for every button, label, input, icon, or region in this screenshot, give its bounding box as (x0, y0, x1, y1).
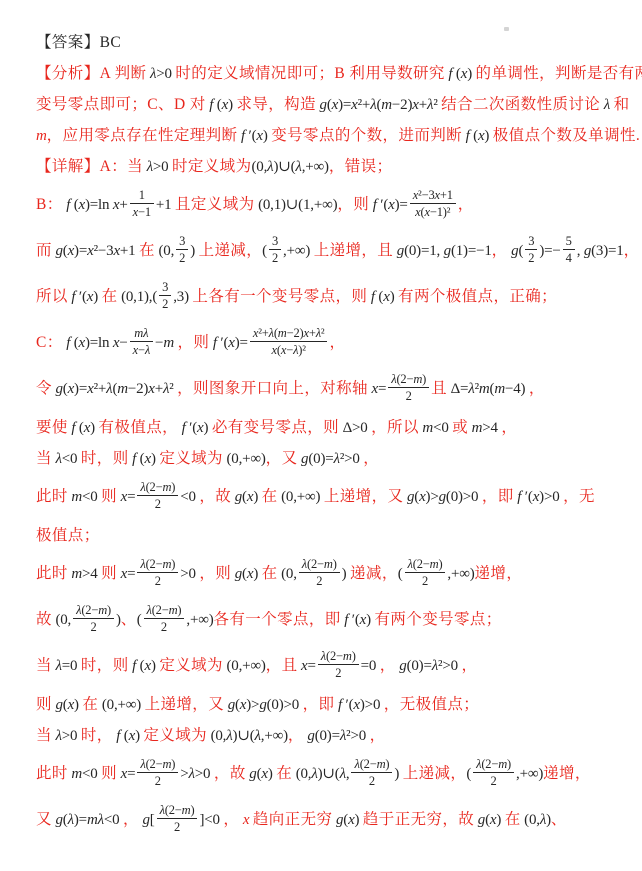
text-segment: ， (370, 727, 386, 744)
math-segment: ) (394, 766, 402, 782)
text-segment: 时，则 (81, 450, 129, 467)
text-segment: 递增， (543, 765, 591, 782)
math-segment: x= (117, 489, 135, 505)
math-segment: λ>0 (52, 728, 81, 744)
math-segment: f (x) (68, 420, 99, 436)
text-segment: 有两个极值点，正确； (398, 288, 557, 305)
math-segment: λ>0 (143, 159, 172, 175)
text-segment: ，即 (303, 696, 335, 713)
math-segment: =0 (361, 658, 380, 674)
math-segment: g(x)=x²+λ(m−2)x+λ² (316, 97, 441, 113)
math-segment: m<0 (419, 420, 452, 436)
text-line: 而 g(x)=x²−3x+1 在 (0,32) 上递减，(32,+∞) 上递增，… (36, 228, 616, 274)
math-fraction: 54 (563, 233, 575, 267)
text-segment: ， (501, 419, 517, 436)
text-line: 【分析】A 判断 λ>0 时的定义域情况即可；B 利用导数研究 f (x) 的单… (36, 58, 616, 89)
text-segment: 或 (452, 419, 468, 436)
math-fraction: λ(2−m)2 (299, 556, 340, 590)
math-segment: λ (600, 97, 613, 113)
math-fraction: λ(2−m)2 (405, 556, 446, 590)
text-segment: 且定义域为 (175, 196, 255, 213)
math-fraction: λ(2−m)2 (137, 756, 178, 790)
math-segment: x= (368, 381, 386, 397)
math-segment: ( (137, 612, 142, 628)
text-segment: 各有一个零点，即 (214, 611, 341, 628)
math-segment: g(x)=x²−3x+1 (52, 243, 139, 259)
math-segment: +1 (156, 197, 175, 213)
text-segment: 时， (81, 727, 113, 744)
text-segment: ，所以 (371, 419, 419, 436)
math-segment: f (x) (129, 451, 160, 467)
text-segment: 定义域为 (143, 727, 207, 744)
text-segment: 【答案】BC (36, 34, 121, 51)
math-segment: g(x) (231, 566, 262, 582)
text-segment: 时，则 (81, 657, 129, 674)
text-line: 又 g(λ)=mλ<0 ， g[λ(2−m)2]<0 ， x 趋向正无穷 g(x… (36, 797, 616, 843)
math-segment: ,3) (173, 289, 192, 305)
math-segment: x= (297, 658, 315, 674)
math-segment: >λ>0 (180, 766, 214, 782)
math-segment: λ=0 (52, 658, 81, 674)
text-line: 令 g(x)=x²+λ(m−2)x+λ² ，则图象开口向上，对称轴 x=λ(2−… (36, 366, 616, 412)
math-segment: (0, (155, 243, 174, 259)
text-segment: ，则 (199, 565, 231, 582)
math-segment: ) (190, 243, 198, 259)
text-segment: 则 (101, 488, 117, 505)
text-line: B： f (x)=ln x+1x−1+1 且定义域为 (0,1)∪(1,+∞)，… (36, 182, 616, 228)
text-segment: 上递增，又 (145, 696, 225, 713)
text-segment: 所以 (36, 288, 68, 305)
text-segment: 要使 (36, 419, 68, 436)
text-segment: ， (458, 196, 474, 213)
math-segment: λ<0 (52, 451, 81, 467)
text-segment: 当 (36, 727, 52, 744)
math-segment: λ>0 (146, 66, 175, 82)
text-segment: 极值点个数及单调性. (493, 127, 640, 144)
text-line: 故 (0,λ(2−m)2)、(λ(2−m)2,+∞)各有一个零点，即 f ′(x… (36, 597, 616, 643)
text-segment: 变号零点的个数，进而判断 (271, 127, 462, 144)
math-segment: f ′(x)= (369, 197, 408, 213)
text-segment: 【分析】A 判断 (36, 65, 146, 82)
math-segment: f (x) (206, 97, 237, 113)
text-segment: 在 (276, 765, 292, 782)
text-segment: 必有变号零点，则 (212, 419, 339, 436)
math-segment: (0,+∞) (98, 697, 144, 713)
solution-lines: 【答案】BC【分析】A 判断 λ>0 时的定义域情况即可；B 利用导数研究 f … (36, 27, 616, 843)
text-segment: 又 (36, 811, 52, 828)
text-segment: 而 (36, 242, 52, 259)
math-segment: x= (117, 566, 135, 582)
math-fraction: λ(2−m)2 (73, 602, 114, 636)
math-segment: g(0)=1, g(1)=−1 (393, 243, 491, 259)
text-segment: ， (123, 811, 139, 828)
text-line: 【详解】A：当 λ>0 时定义域为(0,λ)∪(λ,+∞)，错误； (36, 151, 616, 182)
math-segment: g(x) (52, 697, 83, 713)
text-segment: ，应用零点存在性定理判断 (47, 127, 238, 144)
text-segment: ， (380, 657, 396, 674)
text-segment: ，即 (482, 488, 514, 505)
text-segment: 则 (101, 765, 117, 782)
text-segment: 在 (505, 811, 521, 828)
math-segment: (0,+∞) (223, 658, 266, 674)
text-segment: 极值点； (36, 527, 100, 544)
math-segment: x (239, 812, 253, 828)
text-segment: ，故 (199, 488, 231, 505)
text-segment: ，错误； (329, 158, 393, 175)
math-segment: g[ (139, 812, 155, 828)
text-segment: ， (461, 657, 477, 674)
text-segment: ，无极值点； (384, 696, 479, 713)
math-fraction: λ(2−m)2 (157, 802, 198, 836)
math-segment: x= (117, 766, 135, 782)
text-segment: 结合二次函数性质讨论 (441, 96, 600, 113)
math-segment: m (36, 128, 47, 144)
text-segment: ， (363, 450, 379, 467)
math-segment: ,+∞) (516, 766, 543, 782)
text-line: 当 λ=0 时，则 f (x) 定义域为 (0,+∞)，且 x=λ(2−m)2=… (36, 643, 616, 689)
math-segment: f (x) (113, 728, 144, 744)
text-segment: 则 (101, 565, 117, 582)
text-line: 【答案】BC (36, 27, 616, 58)
text-segment: ，故 (214, 765, 246, 782)
text-segment: ， (223, 811, 239, 828)
text-line: m，应用零点存在性定理判断 f ′(x) 变号零点的个数，进而判断 f (x) … (36, 120, 616, 151)
text-segment: 在 (262, 565, 278, 582)
text-segment: 【详解】A：当 (36, 158, 143, 175)
text-segment: ，又 (266, 450, 298, 467)
scan-artifact-dot (504, 27, 509, 31)
text-segment: 此时 (36, 765, 68, 782)
text-segment: 求导，构造 (236, 96, 316, 113)
math-segment: (0,λ)∪(λ, (292, 766, 349, 782)
math-fraction: λ(2−m)2 (144, 602, 185, 636)
math-segment: g(0)=λ²>0 (297, 451, 363, 467)
math-segment: (0, (52, 612, 71, 628)
math-fraction: 32 (159, 279, 171, 313)
math-segment: f (x) (129, 658, 160, 674)
text-segment: 上递增，且 (314, 242, 394, 259)
text-segment: 变号零点即可；C、D 对 (36, 96, 206, 113)
math-fraction: 1x−1 (130, 187, 154, 221)
text-segment: ， (329, 334, 345, 351)
text-segment: 故 (36, 611, 52, 628)
math-segment: f (x) (445, 66, 476, 82)
math-segment: f ′(x)>0 (514, 489, 563, 505)
text-segment: ， (529, 380, 545, 397)
math-fraction: λ(2−m)2 (318, 648, 359, 682)
text-line: 此时 m<0 则 x=λ(2−m)2>λ>0 ，故 g(x) 在 (0,λ)∪(… (36, 751, 616, 797)
text-segment: ，则 (178, 334, 210, 351)
math-segment: (0,λ) (521, 812, 551, 828)
text-line: 此时 m<0 则 x=λ(2−m)2<0 ，故 g(x) 在 (0,+∞) 上递… (36, 474, 616, 520)
text-segment: ， (288, 727, 304, 744)
math-segment: g(x)>g(0)>0 (403, 489, 482, 505)
math-segment: g(λ)=mλ<0 (52, 812, 123, 828)
text-segment: ，则 (337, 196, 369, 213)
text-segment: 且 (431, 380, 447, 397)
math-segment: <0 (180, 489, 199, 505)
math-segment: (0,λ)∪(λ,+∞) (207, 728, 288, 744)
math-segment: g(x) (332, 812, 363, 828)
text-segment: ， (624, 242, 640, 259)
text-segment: ， (492, 242, 508, 259)
math-segment: f ′(x) (178, 420, 212, 436)
math-segment: ( (466, 766, 471, 782)
math-fraction: λ(2−m)2 (351, 756, 392, 790)
math-segment: (0,1),( (118, 289, 158, 305)
text-segment: 上递增，又 (324, 488, 404, 505)
text-segment: B： (36, 196, 63, 213)
text-segment: 令 (36, 380, 52, 397)
math-segment: ) (342, 566, 350, 582)
text-segment: 则 (36, 696, 52, 713)
math-segment: f ′(x) (68, 289, 102, 305)
text-line: 变号零点即可；C、D 对 f (x) 求导，构造 g(x)=x²+λ(m−2)x… (36, 89, 616, 120)
math-segment: f (x) (367, 289, 398, 305)
math-segment: f ′(x) (341, 612, 375, 628)
text-segment: 当 (36, 657, 52, 674)
math-fraction: x²+λ(m−2)x+λ²x(x−λ)² (250, 325, 328, 359)
math-fraction: 32 (525, 233, 537, 267)
text-segment: 和 (614, 96, 630, 113)
text-segment: 此时 (36, 565, 68, 582)
text-line: C： f (x)=ln x−mλx−λ−m ，则 f ′(x)=x²+λ(m−2… (36, 320, 616, 366)
text-segment: 的单调性，判断是否有两个 (476, 65, 642, 82)
text-line: 当 λ>0 时， f (x) 定义域为 (0,λ)∪(λ,+∞)， g(0)=λ… (36, 720, 616, 751)
math-segment: f (x) (462, 128, 493, 144)
text-segment: 有两个变号零点； (375, 611, 502, 628)
text-segment: 定义域为 (159, 657, 223, 674)
math-segment: >0 (180, 566, 199, 582)
math-segment: g(x)=x²+λ(m−2)x+λ² (52, 381, 177, 397)
math-segment: m>4 (68, 566, 101, 582)
math-segment: f (x)=ln x− (63, 335, 128, 351)
text-segment: 此时 (36, 488, 68, 505)
document-page: 【答案】BC【分析】A 判断 λ>0 时的定义域情况即可；B 利用导数研究 f … (0, 0, 642, 871)
text-segment: 有极值点， (99, 419, 179, 436)
text-segment: 定义域为 (159, 450, 223, 467)
text-segment: 上递减， (199, 242, 263, 259)
math-segment: (0,1)∪(1,+∞) (255, 197, 338, 213)
math-segment: f ′(x)= (209, 335, 248, 351)
text-segment: 上各有一个变号零点，则 (192, 288, 367, 305)
math-fraction: λ(2−m)2 (388, 371, 429, 405)
math-fraction: λ(2−m)2 (137, 479, 178, 513)
text-segment: 、 (121, 611, 137, 628)
text-line: 要使 f (x) 有极值点， f ′(x) 必有变号零点，则 Δ>0 ，所以 m… (36, 412, 616, 443)
math-segment: g(x) (246, 766, 277, 782)
text-segment: ，且 (266, 657, 298, 674)
math-fraction: x²−3x+1x(x−1)² (410, 187, 456, 221)
text-line: 则 g(x) 在 (0,+∞) 上递增，又 g(x)>g(0)>0 ，即 f ′… (36, 689, 616, 720)
text-segment: 在 (262, 488, 278, 505)
math-segment: g(x) (231, 489, 262, 505)
math-segment: (0, (278, 566, 297, 582)
text-segment: 时定义域为 (172, 158, 252, 175)
text-segment: 递减， (350, 565, 398, 582)
math-segment: g(x)>g(0)>0 (224, 697, 303, 713)
math-fraction: mλx−λ (130, 325, 153, 359)
text-line: 当 λ<0 时，则 f (x) 定义域为 (0,+∞)，又 g(0)=λ²>0 … (36, 443, 616, 474)
text-segment: ，则图象开口向上，对称轴 (177, 380, 368, 397)
math-segment: Δ>0 (339, 420, 371, 436)
math-segment: m<0 (68, 766, 101, 782)
text-segment: 在 (102, 288, 118, 305)
text-line: 此时 m>4 则 x=λ(2−m)2>0 ，则 g(x) 在 (0,λ(2−m)… (36, 551, 616, 597)
math-fraction: λ(2−m)2 (137, 556, 178, 590)
math-segment: ( (398, 566, 403, 582)
math-segment: m>4 (468, 420, 501, 436)
math-segment: ( (262, 243, 267, 259)
text-segment: 趋于正无穷，故 (363, 811, 474, 828)
math-segment: ,+∞) (283, 243, 314, 259)
math-segment: f ′(x) (237, 128, 271, 144)
text-segment: C： (36, 334, 63, 351)
math-fraction: 32 (269, 233, 281, 267)
math-segment: , g(3)=1 (577, 243, 624, 259)
math-segment: f (x)=ln x+ (63, 197, 128, 213)
text-segment: 、 (551, 811, 567, 828)
math-segment: ,+∞) (186, 612, 213, 628)
math-fraction: λ(2−m)2 (473, 756, 514, 790)
math-segment: ]<0 (199, 812, 223, 828)
text-segment: 当 (36, 450, 52, 467)
text-segment: 在 (139, 242, 155, 259)
math-segment: ,+∞) (447, 566, 474, 582)
math-segment: (0,+∞) (223, 451, 266, 467)
text-line: 极值点； (36, 520, 616, 551)
math-segment: (0,λ)∪(λ,+∞) (252, 159, 329, 175)
math-segment: g(x) (474, 812, 505, 828)
math-fraction: 32 (176, 233, 188, 267)
text-segment: ，无 (563, 488, 595, 505)
text-segment: 在 (82, 696, 98, 713)
text-segment: 时的定义域情况即可；B 利用导数研究 (175, 65, 444, 82)
text-segment: 趋向正无穷 (253, 811, 333, 828)
math-segment: g(0)=λ²>0 (396, 658, 462, 674)
text-line: 所以 f ′(x) 在 (0,1),(32,3) 上各有一个变号零点，则 f (… (36, 274, 616, 320)
math-segment: g( (508, 243, 524, 259)
math-segment: (0,+∞) (278, 489, 324, 505)
math-segment: f ′(x)>0 (334, 697, 383, 713)
math-segment: −m (155, 335, 177, 351)
math-segment: Δ=λ²m(m−4) (447, 381, 529, 397)
text-segment: 上递减， (403, 765, 467, 782)
math-segment: )=− (539, 243, 560, 259)
math-segment: m<0 (68, 489, 101, 505)
text-segment: 递增， (475, 565, 523, 582)
math-segment: g(0)=λ²>0 (304, 728, 370, 744)
